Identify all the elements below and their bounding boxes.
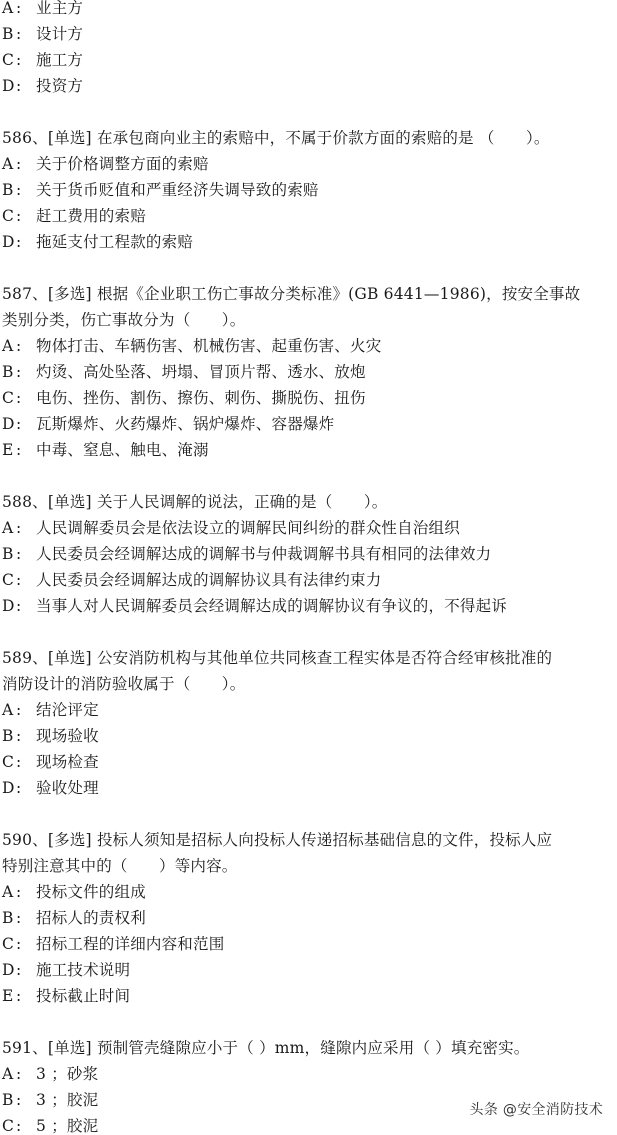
question-number: 589、 — [2, 649, 48, 667]
option-line: B:人民委员会经调解达成的调解书与仲裁调解书具有相同的法律效力 — [2, 541, 615, 567]
option-line: B:关于货币贬值和严重经济失调导致的索赔 — [2, 177, 615, 203]
question-number: 588、 — [2, 493, 48, 511]
question-stem: 588、[单选] 关于人民调解的说法，正确的是（ ）。 — [2, 489, 615, 515]
option-text: 投标截止时间 — [36, 987, 130, 1005]
question-text: 预制管壳缝隙应小于（ ）mm，缝隙内应采用（ ）填充密实。 — [97, 1039, 530, 1057]
question-text: 公安消防机构与其他单位共同核查工程实体是否符合经审核批准的 — [97, 649, 552, 667]
option-text: 当事人对人民调解委员会经调解达成的调解协议有争议的，不得起诉 — [36, 597, 507, 615]
option-letter: B — [2, 541, 16, 567]
option-text: 设计方 — [36, 25, 83, 43]
option-line: D:施工技术说明 — [2, 957, 615, 983]
option-line: A:关于价格调整方面的索赔 — [2, 151, 615, 177]
option-letter: B — [2, 177, 16, 203]
option-line: A:人民调解委员会是依法设立的调解民间纠纷的群众性自治组织 — [2, 515, 615, 541]
option-text: 拖延支付工程款的索赔 — [36, 233, 193, 251]
option-separator: : — [16, 47, 36, 73]
option-line: C:施工方 — [2, 47, 615, 73]
option-text: 现场检查 — [36, 753, 99, 771]
question-text: 根据《企业职工伤亡事故分类标准》(GB 6441—1986)，按安全事故 — [97, 285, 580, 303]
option-line: D:验收处理 — [2, 775, 615, 801]
option-letter: E — [2, 983, 16, 1009]
option-text: 关于价格调整方面的索赔 — [36, 155, 209, 173]
option-separator: : — [16, 21, 36, 47]
question-stem: 586、[单选] 在承包商向业主的索赔中，不属于价款方面的索赔的是 （ ）。 — [2, 125, 615, 151]
question-587: 587、[多选] 根据《企业职工伤亡事故分类标准》(GB 6441—1986)，… — [2, 281, 615, 463]
question-text: 投标人须知是招标人向投标人传递招标基础信息的文件，投标人应 — [97, 831, 552, 849]
question-number: 590、 — [2, 831, 48, 849]
option-letter: C — [2, 47, 16, 73]
option-separator: : — [16, 73, 36, 99]
question-stem: 591、[单选] 预制管壳缝隙应小于（ ）mm，缝隙内应采用（ ）填充密实。 — [2, 1035, 615, 1061]
question-type: [单选] — [48, 493, 92, 511]
option-separator: : — [16, 0, 36, 21]
option-separator: : — [16, 177, 36, 203]
option-separator: : — [16, 723, 36, 749]
option-letter: B — [2, 359, 16, 385]
spacer — [2, 255, 615, 281]
option-letter: A — [2, 151, 16, 177]
option-text: 关于货币贬值和严重经济失调导致的索赔 — [36, 181, 319, 199]
option-separator: : — [16, 1061, 36, 1087]
question-589: 589、[单选] 公安消防机构与其他单位共同核查工程实体是否符合经审核批准的 消… — [2, 645, 615, 801]
option-letter: B — [2, 1087, 16, 1113]
option-separator: : — [16, 359, 36, 385]
option-line: B:灼烫、高处坠落、坍塌、冒顶片帮、透水、放炮 — [2, 359, 615, 385]
option-line: D:拖延支付工程款的索赔 — [2, 229, 615, 255]
question-588: 588、[单选] 关于人民调解的说法，正确的是（ ）。 A:人民调解委员会是依法… — [2, 489, 615, 619]
option-letter: D — [2, 957, 16, 983]
question-586: 586、[单选] 在承包商向业主的索赔中，不属于价款方面的索赔的是 （ ）。 A… — [2, 125, 615, 255]
option-text: 业主方 — [36, 0, 83, 17]
option-letter: C — [2, 385, 16, 411]
option-separator: : — [16, 203, 36, 229]
option-line: A:3 ；砂浆 — [2, 1061, 615, 1087]
option-line: B:设计方 — [2, 21, 615, 47]
question-stem-continued: 特别注意其中的（ ）等内容。 — [2, 853, 615, 879]
option-separator: : — [16, 333, 36, 359]
option-text: 施工方 — [36, 51, 83, 69]
option-letter: C — [2, 931, 16, 957]
question-text: 在承包商向业主的索赔中，不属于价款方面的索赔的是 （ ）。 — [97, 129, 550, 147]
option-line: A:结沦评定 — [2, 697, 615, 723]
option-line: A:投标文件的组成 — [2, 879, 615, 905]
option-separator: : — [16, 1087, 36, 1113]
option-text: 3 ；胶泥 — [36, 1091, 98, 1109]
question-text: 关于人民调解的说法，正确的是（ ）。 — [97, 493, 388, 511]
option-text: 中毒、窒息、触电、淹溺 — [36, 441, 209, 459]
option-text: 瓦斯爆炸、火药爆炸、锅炉爆炸、容器爆炸 — [36, 415, 334, 433]
option-letter: C — [2, 203, 16, 229]
spacer — [2, 801, 615, 827]
option-letter: C — [2, 749, 16, 775]
option-separator: : — [16, 983, 36, 1009]
option-text: 灼烫、高处坠落、坍塌、冒顶片帮、透水、放炮 — [36, 363, 366, 381]
option-letter: D — [2, 593, 16, 619]
exam-document: A:业主方 B:设计方 C:施工方 D:投资方 586、[单选] 在承包商向业主… — [2, 0, 615, 1135]
option-letter: B — [2, 905, 16, 931]
question-type: [单选] — [48, 1039, 92, 1057]
question-stem-continued: 消防设计的消防验收属于（ ）。 — [2, 671, 615, 697]
question-type: [多选] — [48, 831, 92, 849]
option-letter: A — [2, 333, 16, 359]
option-text: 招标工程的详细内容和范围 — [36, 935, 224, 953]
spacer — [2, 463, 615, 489]
question-590: 590、[多选] 投标人须知是招标人向投标人传递招标基础信息的文件，投标人应 特… — [2, 827, 615, 1009]
option-separator: : — [16, 749, 36, 775]
spacer — [2, 99, 615, 125]
option-separator: : — [16, 905, 36, 931]
option-text: 验收处理 — [36, 779, 99, 797]
option-text: 5 ；胶泥 — [36, 1117, 98, 1135]
option-text: 人民调解委员会是依法设立的调解民间纠纷的群众性自治组织 — [36, 519, 460, 537]
previous-question-options: A:业主方 B:设计方 C:施工方 D:投资方 — [2, 0, 615, 99]
question-number: 586、 — [2, 129, 48, 147]
option-text: 人民委员会经调解达成的调解书与仲裁调解书具有相同的法律效力 — [36, 545, 491, 563]
option-letter: A — [2, 0, 16, 21]
option-text: 3 ；砂浆 — [36, 1065, 98, 1083]
option-line: D:瓦斯爆炸、火药爆炸、锅炉爆炸、容器爆炸 — [2, 411, 615, 437]
option-separator: : — [16, 515, 36, 541]
option-letter: A — [2, 879, 16, 905]
option-line: E:投标截止时间 — [2, 983, 615, 1009]
question-number: 587、 — [2, 285, 48, 303]
question-type: [多选] — [48, 285, 92, 303]
option-separator: : — [16, 411, 36, 437]
option-line: C:现场检查 — [2, 749, 615, 775]
question-number: 591、 — [2, 1039, 48, 1057]
option-line: B:招标人的责权利 — [2, 905, 615, 931]
question-type: [单选] — [48, 649, 92, 667]
option-text: 结沦评定 — [36, 701, 99, 719]
option-separator: : — [16, 593, 36, 619]
option-text: 电伤、挫伤、割伤、擦伤、刺伤、撕脱伤、扭伤 — [36, 389, 366, 407]
option-letter: A — [2, 697, 16, 723]
option-separator: : — [16, 437, 36, 463]
option-text: 投标文件的组成 — [36, 883, 146, 901]
option-line: C:赶工费用的索赔 — [2, 203, 615, 229]
option-separator: : — [16, 931, 36, 957]
option-text: 赶工费用的索赔 — [36, 207, 146, 225]
option-line: A:物体打击、车辆伤害、机械伤害、起重伤害、火灾 — [2, 333, 615, 359]
option-text: 投资方 — [36, 77, 83, 95]
option-line: C:电伤、挫伤、割伤、擦伤、刺伤、撕脱伤、扭伤 — [2, 385, 615, 411]
option-letter: A — [2, 1061, 16, 1087]
option-letter: D — [2, 229, 16, 255]
option-separator: : — [16, 541, 36, 567]
question-stem: 589、[单选] 公安消防机构与其他单位共同核查工程实体是否符合经审核批准的 — [2, 645, 615, 671]
option-line: B:现场验收 — [2, 723, 615, 749]
option-line: D:当事人对人民调解委员会经调解达成的调解协议有争议的，不得起诉 — [2, 593, 615, 619]
option-line: D:投资方 — [2, 73, 615, 99]
option-text: 人民委员会经调解达成的调解协议具有法律约束力 — [36, 571, 381, 589]
question-stem: 590、[多选] 投标人须知是招标人向投标人传递招标基础信息的文件，投标人应 — [2, 827, 615, 853]
option-letter: D — [2, 775, 16, 801]
option-text: 现场验收 — [36, 727, 99, 745]
option-letter: E — [2, 437, 16, 463]
option-letter: B — [2, 21, 16, 47]
option-line: C:人民委员会经调解达成的调解协议具有法律约束力 — [2, 567, 615, 593]
question-591: 591、[单选] 预制管壳缝隙应小于（ ）mm，缝隙内应采用（ ）填充密实。 A… — [2, 1035, 615, 1135]
question-type: [单选] — [48, 129, 92, 147]
option-separator: : — [16, 697, 36, 723]
option-separator: : — [16, 775, 36, 801]
option-separator: : — [16, 151, 36, 177]
option-separator: : — [16, 229, 36, 255]
option-letter: C — [2, 1113, 16, 1135]
option-separator: : — [16, 1113, 36, 1135]
option-line: A:业主方 — [2, 0, 615, 21]
option-text: 招标人的责权利 — [36, 909, 146, 927]
option-line: C:招标工程的详细内容和范围 — [2, 931, 615, 957]
option-text: 施工技术说明 — [36, 961, 130, 979]
option-text: 物体打击、车辆伤害、机械伤害、起重伤害、火灾 — [36, 337, 381, 355]
option-separator: : — [16, 957, 36, 983]
option-letter: B — [2, 723, 16, 749]
option-letter: C — [2, 567, 16, 593]
option-letter: D — [2, 411, 16, 437]
option-letter: A — [2, 515, 16, 541]
spacer — [2, 619, 615, 645]
watermark-text: 头条 @安全消防技术 — [470, 1099, 603, 1119]
option-separator: : — [16, 385, 36, 411]
question-stem-continued: 类别分类，伤亡事故分为（ ）。 — [2, 307, 615, 333]
option-line: E:中毒、窒息、触电、淹溺 — [2, 437, 615, 463]
option-letter: D — [2, 73, 16, 99]
option-separator: : — [16, 879, 36, 905]
spacer — [2, 1009, 615, 1035]
option-separator: : — [16, 567, 36, 593]
question-stem: 587、[多选] 根据《企业职工伤亡事故分类标准》(GB 6441—1986)，… — [2, 281, 615, 307]
